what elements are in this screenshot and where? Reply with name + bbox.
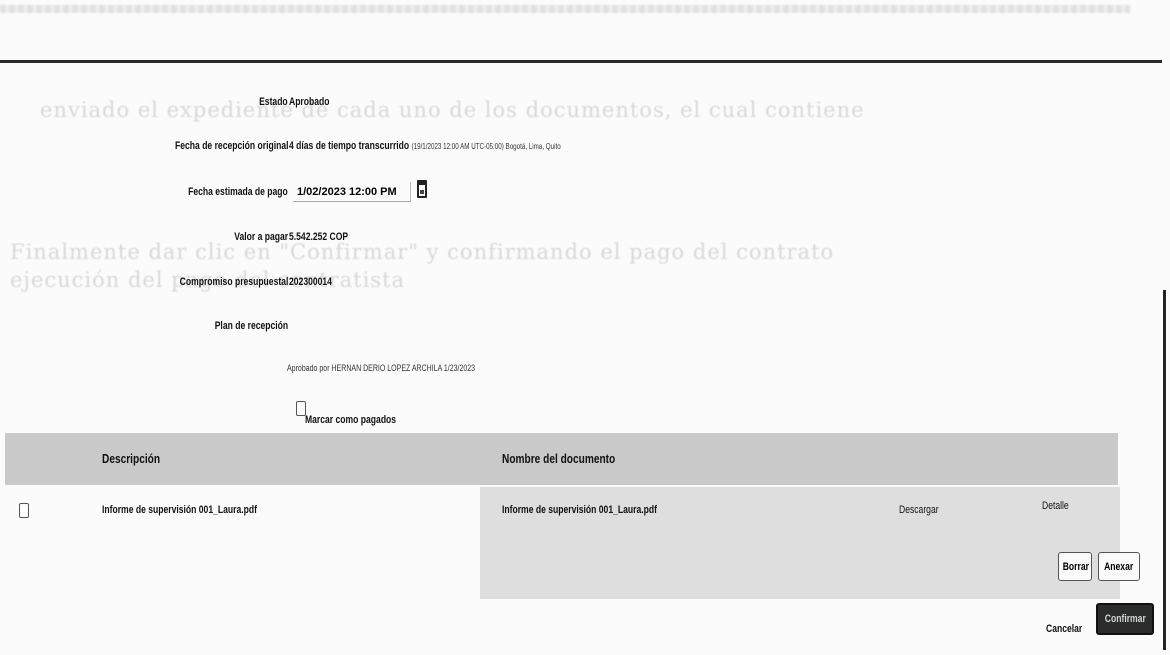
detail-link[interactable]: Detalle — [1042, 500, 1069, 512]
marcar-pagados-label: Marcar como pagados — [305, 414, 396, 426]
plan-recepcion-label: Plan de recepción — [215, 320, 288, 332]
column-nombre-documento: Nombre del documento — [502, 451, 615, 466]
scrollbar[interactable] — [1163, 290, 1166, 650]
reception-datetime: (19/1/2023 12:00 AM UTC-05:00) Bogotá, L… — [412, 142, 561, 151]
calendar-icon[interactable] — [417, 180, 427, 198]
anexar-button[interactable]: Anexar — [1098, 552, 1140, 581]
cancelar-link[interactable]: Cancelar — [1046, 623, 1082, 635]
valor-pagar-value: 5.542.252 COP — [289, 231, 348, 243]
row-checkbox[interactable] — [19, 503, 29, 518]
download-link[interactable]: Descargar — [899, 504, 939, 516]
borrar-button[interactable]: Borrar — [1058, 552, 1092, 581]
table-row: Informe de supervisión 001_Laura.pdf Inf… — [0, 487, 1120, 599]
bleed-through-text: Finalmente dar clic en "Confirmar" y con… — [10, 240, 834, 264]
valor-pagar-label: Valor a pagar — [234, 231, 288, 243]
fecha-recepcion-label: Fecha de recepción original — [175, 140, 288, 152]
table-header: Descripción Nombre del documento — [5, 433, 1118, 485]
row-descripcion: Informe de supervisión 001_Laura.pdf — [102, 504, 257, 516]
compromiso-value: 202300014 — [289, 276, 332, 288]
estado-value: Aprobado — [289, 96, 330, 108]
fecha-recepcion-value: 4 días de tiempo transcurrido (19/1/2023… — [289, 140, 561, 152]
blurred-header-strip — [0, 5, 1130, 13]
approval-note: Aprobado por HERNAN DERIO LOPEZ ARCHILA … — [287, 363, 475, 373]
elapsed-days: 4 días de tiempo transcurrido — [289, 140, 409, 152]
fecha-estimada-input[interactable] — [293, 182, 411, 202]
confirmar-button[interactable]: Confirmar — [1096, 603, 1154, 635]
fecha-estimada-label: Fecha estimada de pago — [188, 186, 288, 198]
column-descripcion: Descripción — [102, 451, 160, 466]
compromiso-label: Compromiso presupuestal — [179, 276, 288, 288]
estado-label: Estado — [259, 96, 288, 108]
header-divider — [0, 60, 1162, 63]
bleed-through-text: enviado el expediente de cada uno de los… — [40, 98, 865, 122]
row-nombre-documento: Informe de supervisión 001_Laura.pdf — [502, 504, 657, 516]
